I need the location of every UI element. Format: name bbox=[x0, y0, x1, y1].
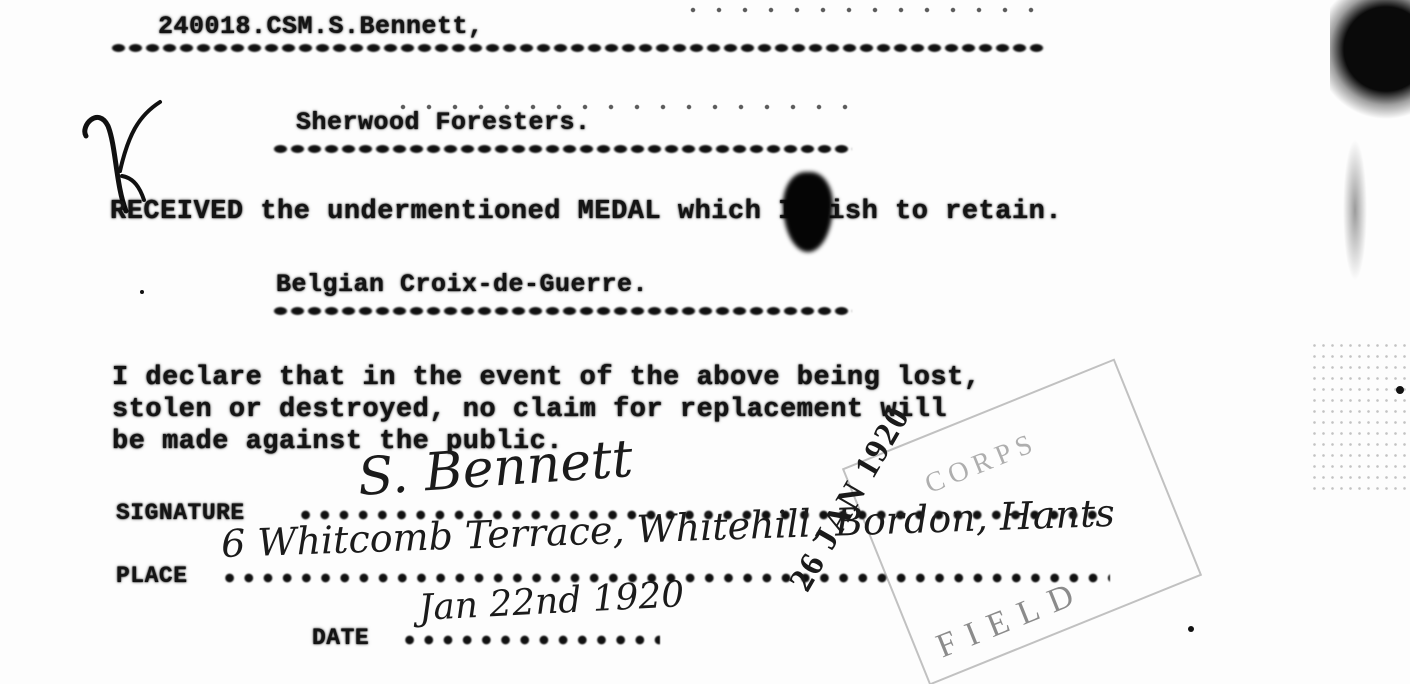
scan-edge-smudge bbox=[1340, 130, 1370, 290]
received-statement: RECEIVED the undermentioned MEDAL which … bbox=[110, 197, 1062, 227]
place-label: PLACE bbox=[116, 563, 188, 589]
stamp-bottom-text: FIELD bbox=[931, 572, 1090, 666]
stray-ink-dot bbox=[1396, 386, 1404, 394]
recipient-line: 240018.CSM.S.Bennett, bbox=[158, 12, 484, 41]
ink-blot bbox=[783, 172, 833, 252]
scan-speckle bbox=[1310, 340, 1410, 490]
stamp-top-text: CORPS bbox=[921, 427, 1043, 501]
date-label: DATE bbox=[312, 625, 369, 651]
date-dotted-line bbox=[400, 633, 660, 647]
stray-ink-dot bbox=[1188, 626, 1194, 632]
underline-regiment bbox=[272, 143, 852, 155]
dotted-guide-top bbox=[680, 6, 1040, 14]
declaration-line-1: I declare that in the event of the above… bbox=[112, 363, 981, 393]
stray-ink-dot bbox=[140, 290, 144, 294]
declaration-line-2: stolen or destroyed, no claim for replac… bbox=[112, 395, 947, 425]
scanned-document: 240018.CSM.S.Bennett, Sherwood Foresters… bbox=[0, 0, 1410, 684]
underline-medal bbox=[272, 305, 852, 317]
underline-recipient bbox=[110, 42, 1045, 54]
scan-edge-shadow bbox=[1330, 0, 1410, 140]
regiment-line: Sherwood Foresters. bbox=[296, 108, 591, 137]
medal-name: Belgian Croix-de-Guerre. bbox=[276, 270, 648, 299]
